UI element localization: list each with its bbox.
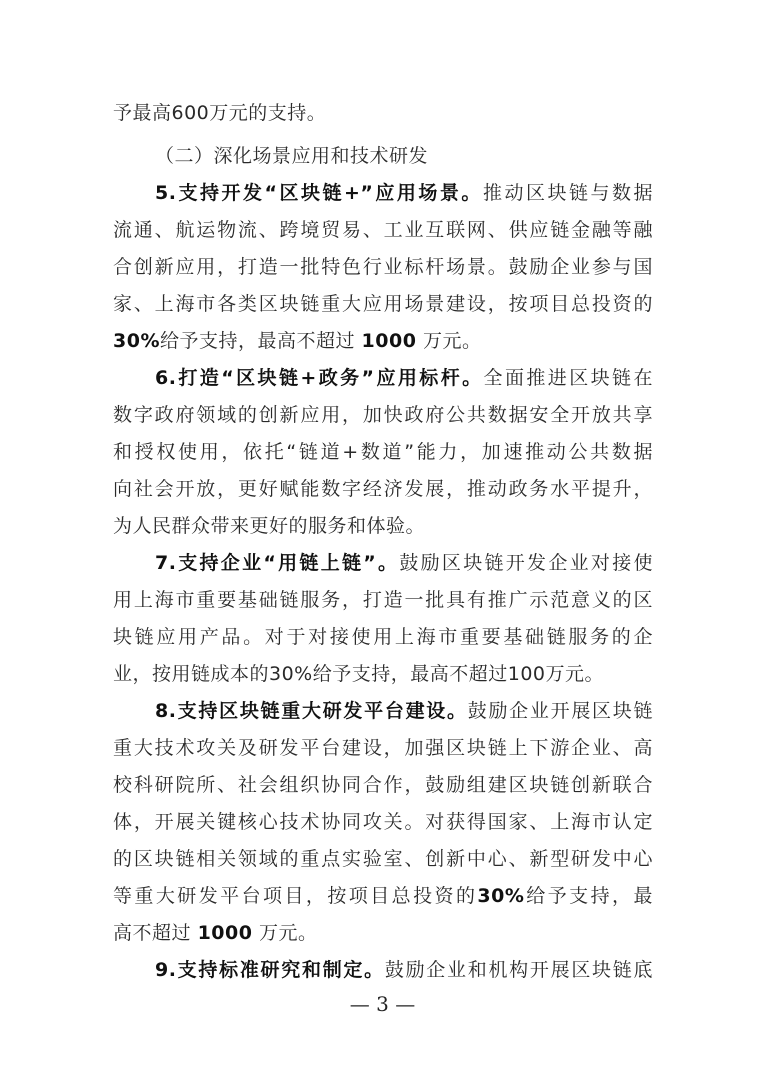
document-page: 予最高600万元的支持。 （二）深化场景应用和技术研发 5.支持开发“区块链+”… bbox=[0, 0, 765, 1086]
paragraph-line: 重大技术攻关及研发平台建设，加强区块链上下游企业、高 bbox=[113, 733, 653, 763]
paragraph-line: 合创新应用，打造一批特色行业标杆场景。鼓励企业参与国 bbox=[113, 252, 653, 282]
paragraph-line: 和授权使用，依托“链道+数道”能力，加速推动公共数据 bbox=[113, 437, 653, 467]
item-5-heading-line: 5.支持开发“区块链+”应用场景。推动区块链与数据 bbox=[155, 178, 653, 208]
heading-text: （二）深化场景应用和技术研发 bbox=[155, 145, 428, 167]
paragraph-line: 数字政府领域的创新应用，加快政府公共数据安全开放共享 bbox=[113, 400, 653, 430]
paragraph-line: 家、上海市各类区块链重大应用场景建设，按项目总投资的 bbox=[113, 289, 653, 319]
item-title: 9.支持标准研究和制定。 bbox=[155, 959, 385, 981]
section-heading: （二）深化场景应用和技术研发 bbox=[155, 141, 653, 171]
item-title: 7.支持企业“用链上链”。 bbox=[155, 552, 399, 574]
item-8-heading-line: 8.支持区块链重大研发平台建设。鼓励企业开展区块链 bbox=[155, 696, 653, 726]
item-6-heading-line: 6.打造“区块链+政务”应用标杆。全面推进区块链在 bbox=[155, 363, 653, 393]
item-title: 8.支持区块链重大研发平台建设。 bbox=[155, 700, 468, 722]
paragraph-line: 的区块链相关领域的重点实验室、创新中心、新型研发中心 bbox=[113, 844, 653, 874]
item-9-heading-line: 9.支持标准研究和制定。鼓励企业和机构开展区块链底 bbox=[155, 955, 653, 985]
paragraph-line: 为人民群众带来更好的服务和体验。 bbox=[113, 511, 653, 541]
paragraph-line: 体，开展关键核心技术协同攻关。对获得国家、上海市认定 bbox=[113, 807, 653, 837]
paragraph-line: 高不超过 1000 万元。 bbox=[113, 918, 653, 948]
paragraph-line: 等重大研发平台项目，按项目总投资的30%给予支持，最 bbox=[113, 881, 653, 911]
paragraph-line: 块链应用产品。对于对接使用上海市重要基础链服务的企 bbox=[113, 622, 653, 652]
text: 推动区块链与数据 bbox=[483, 182, 653, 204]
item-title: 5.支持开发“区块链+”应用场景。 bbox=[155, 182, 483, 204]
page-number: — 3 — bbox=[0, 992, 765, 1016]
paragraph-line: 用上海市重要基础链服务，打造一批具有推广示范意义的区 bbox=[113, 585, 653, 615]
paragraph-line: 30%给予支持，最高不超过 1000 万元。 bbox=[113, 326, 653, 356]
paragraph-line: 业，按用链成本的30%给予支持，最高不超过100万元。 bbox=[113, 659, 653, 689]
item-7-heading-line: 7.支持企业“用链上链”。鼓励区块链开发企业对接使 bbox=[155, 548, 653, 578]
item-title: 6.打造“区块链+政务”应用标杆。 bbox=[155, 367, 484, 389]
text: 予最高600万元的支持。 bbox=[113, 102, 326, 124]
paragraph-line: 校科研院所、社会组织协同合作，鼓励组建区块链创新联合 bbox=[113, 770, 653, 800]
paragraph-line: 流通、航运物流、跨境贸易、工业互联网、供应链金融等融 bbox=[113, 215, 653, 245]
paragraph-line: 予最高600万元的支持。 bbox=[113, 98, 653, 128]
paragraph-line: 向社会开放，更好赋能数字经济发展，推动政务水平提升， bbox=[113, 474, 653, 504]
